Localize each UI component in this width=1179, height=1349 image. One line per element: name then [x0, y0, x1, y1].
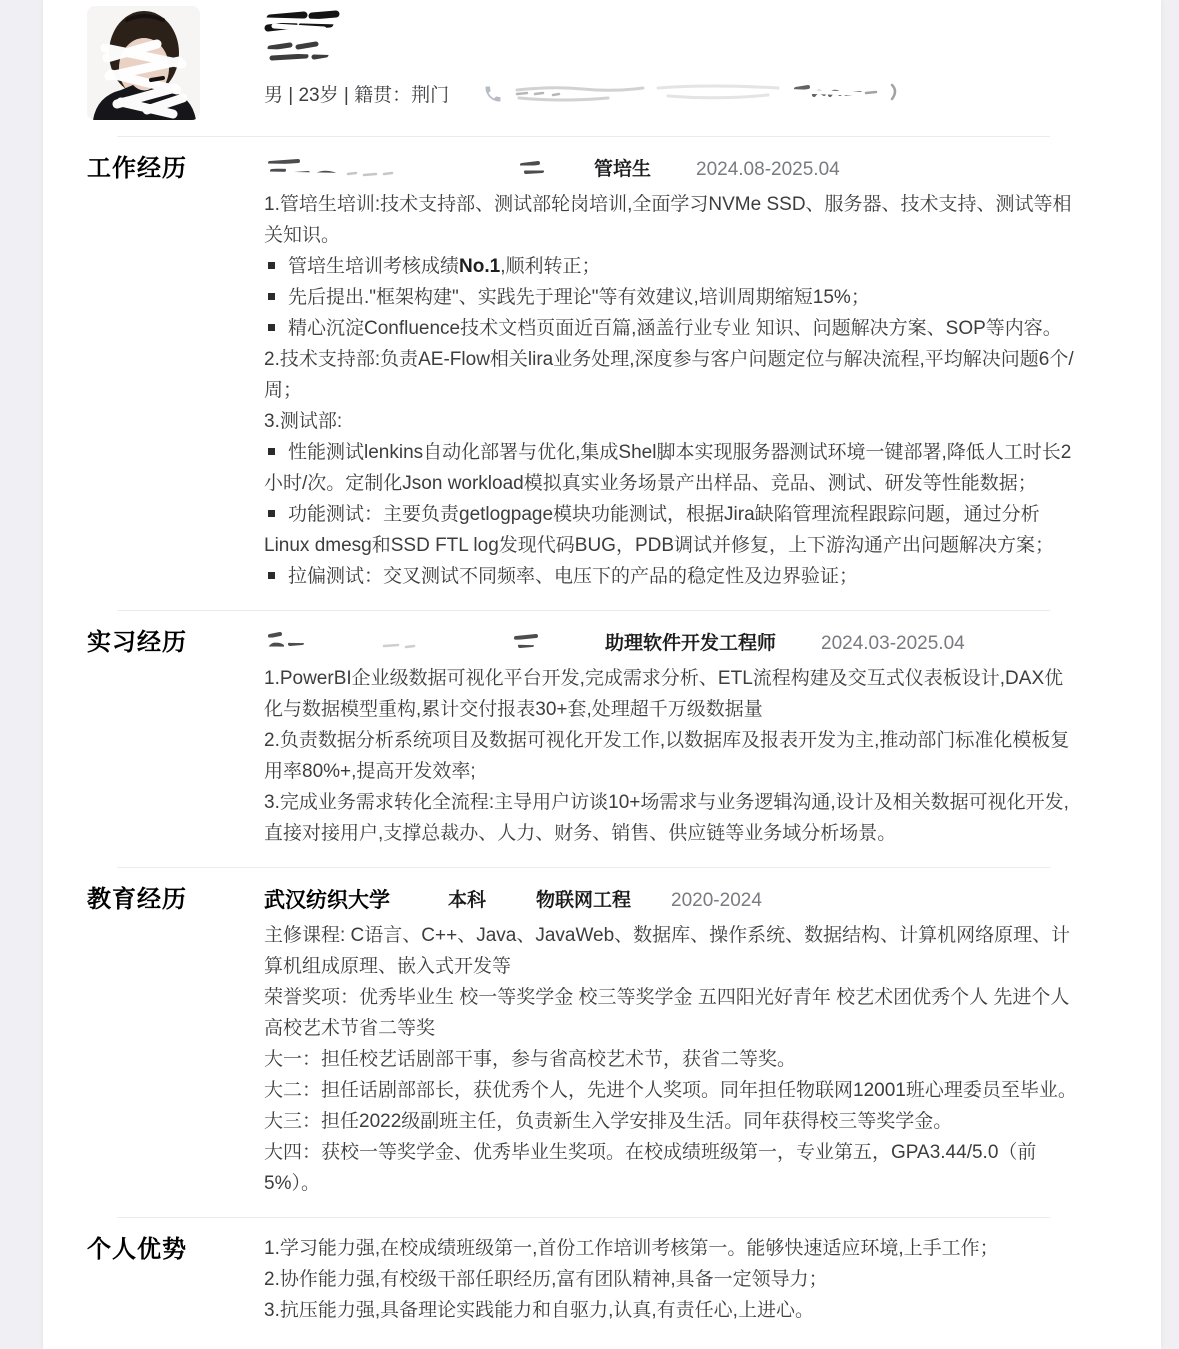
education-item: 主修课程: C语言、C++、Java、JavaWeb、数据库、操作系统、数据结构…: [264, 920, 1079, 982]
phone-icon: [483, 84, 503, 104]
square-bullet-icon: [268, 293, 275, 300]
work-item: 管培生培训考核成绩No.1,顺利转正；: [264, 251, 1079, 282]
education-dates: 2020-2024: [671, 885, 762, 916]
square-bullet-icon: [268, 448, 275, 455]
school-name: 武汉纺织大学: [264, 885, 390, 916]
section-internship: 实习经历: [87, 611, 1115, 867]
education-entry-head: 武汉纺织大学 本科 物联网工程 2020-2024: [264, 883, 1079, 917]
internship-item: 3.完成业务需求转化全流程:主导用户访谈10+场需求与业务逻辑沟通,设计及相关数…: [264, 787, 1079, 849]
major: 物联网工程: [536, 885, 631, 916]
redacted-company-name: [264, 156, 564, 182]
education-item: 大一：担任校艺话剧部干事，参与省高校艺术节，获省二等奖。: [264, 1044, 1079, 1075]
work-item: 3.测试部:: [264, 406, 1079, 437]
strength-item: 2.协作能力强,有校级干部任职经历,富有团队精神,具备一定领导力；: [264, 1264, 1079, 1295]
redacted-phone: [513, 82, 648, 106]
profile-photo: [87, 6, 200, 120]
section-title-work: 工作经历: [87, 152, 264, 592]
personal-info: 男 | 23岁 | 籍贯：荆门: [264, 80, 449, 107]
redacted-email: [788, 81, 903, 107]
square-bullet-icon: [268, 262, 275, 269]
square-bullet-icon: [268, 324, 275, 331]
education-item: 荣誉奖项：优秀毕业生 校一等奖学金 校三等奖学金 五四阳光好青年 校艺术团优秀个…: [264, 982, 1079, 1044]
work-item: 先后提出."框架构建"、实践先于理论"等有效建议,培训周期缩短15%；: [264, 282, 1079, 313]
internship-entry-head: 助理软件开发工程师 2024.03-2025.04: [264, 626, 1079, 660]
work-entry-head: 管培生 2024.08-2025.04: [264, 152, 1079, 186]
education-item: 大四：获校一等奖学金、优秀毕业生奖项。在校成绩班级第一，专业第五，GPA3.44…: [264, 1137, 1079, 1199]
internship-dates: 2024.03-2025.04: [821, 628, 965, 659]
section-title-education: 教育经历: [87, 883, 264, 1199]
section-education: 教育经历 武汉纺织大学 本科 物联网工程 2020-2024 主修课程: C语言…: [87, 868, 1115, 1217]
work-item: 1.管培生培训:技术支持部、测试部轮岗培训,全面学习NVMe SSD、服务器、技…: [264, 189, 1079, 251]
redacted-name: [264, 10, 384, 64]
work-item: 功能测试：主要负责getlogpage模块功能测试，根据Jira缺陷管理流程跟踪…: [264, 499, 1079, 561]
work-item: 精心沉淀Confluence技术文档页面近百篇,涵盖行业专业 知识、问题解决方案…: [264, 313, 1079, 344]
work-dates: 2024.08-2025.04: [696, 154, 840, 185]
strength-item: 1.学习能力强,在校成绩班级第一,首份工作培训考核第一。能够快速适应环境,上手工…: [264, 1233, 1079, 1264]
internship-item: 2.负责数据分析系统项目及数据可视化开发工作,以数据库及报表开发为主,推动部门标…: [264, 725, 1079, 787]
degree: 本科: [448, 885, 486, 916]
internship-item: 1.PowerBI企业级数据可视化平台开发,完成需求分析、ETL流程构建及交互式…: [264, 663, 1079, 725]
internship-position: 助理软件开发工程师: [605, 628, 776, 659]
education-item: 大二：担任话剧部部长，获优秀个人，先进个人奖项。同年担任物联网12001班心理委…: [264, 1075, 1079, 1106]
square-bullet-icon: [268, 510, 275, 517]
resume-page: 男 | 23岁 | 籍贯：荆门: [43, 0, 1161, 1349]
redacted-gap-smudge: [648, 82, 788, 106]
section-work-experience: 工作经历: [87, 137, 1115, 610]
strength-item: 3.抗压能力强,具备理论实践能力和自驱力,认真,有责任心,上进心。: [264, 1295, 1079, 1326]
section-title-strengths: 个人优势: [87, 1233, 264, 1326]
section-personal-strengths: 个人优势 1.学习能力强,在校成绩班级第一,首份工作培训考核第一。能够快速适应环…: [87, 1218, 1115, 1344]
education-item: 大三：担任2022级副班主任，负责新生入学安排及生活。同年获得校三等奖学金。: [264, 1106, 1079, 1137]
resume-header: 男 | 23岁 | 籍贯：荆门: [87, 0, 1115, 136]
work-item: 拉偏测试：交叉测试不同频率、电压下的产品的稳定性及边界验证；: [264, 561, 1079, 592]
work-item: 2.技术支持部:负责AE-Flow相关lira业务处理,深度参与客户问题定位与解…: [264, 344, 1079, 406]
work-position: 管培生: [594, 154, 651, 185]
section-title-internship: 实习经历: [87, 626, 264, 849]
redacted-company-name: [264, 630, 564, 656]
portrait-photo-redacted: [87, 6, 200, 120]
square-bullet-icon: [268, 572, 275, 579]
work-item: 性能测试lenkins自动化部署与优化,集成Shel脚本实现服务器测试环境一键部…: [264, 437, 1079, 499]
